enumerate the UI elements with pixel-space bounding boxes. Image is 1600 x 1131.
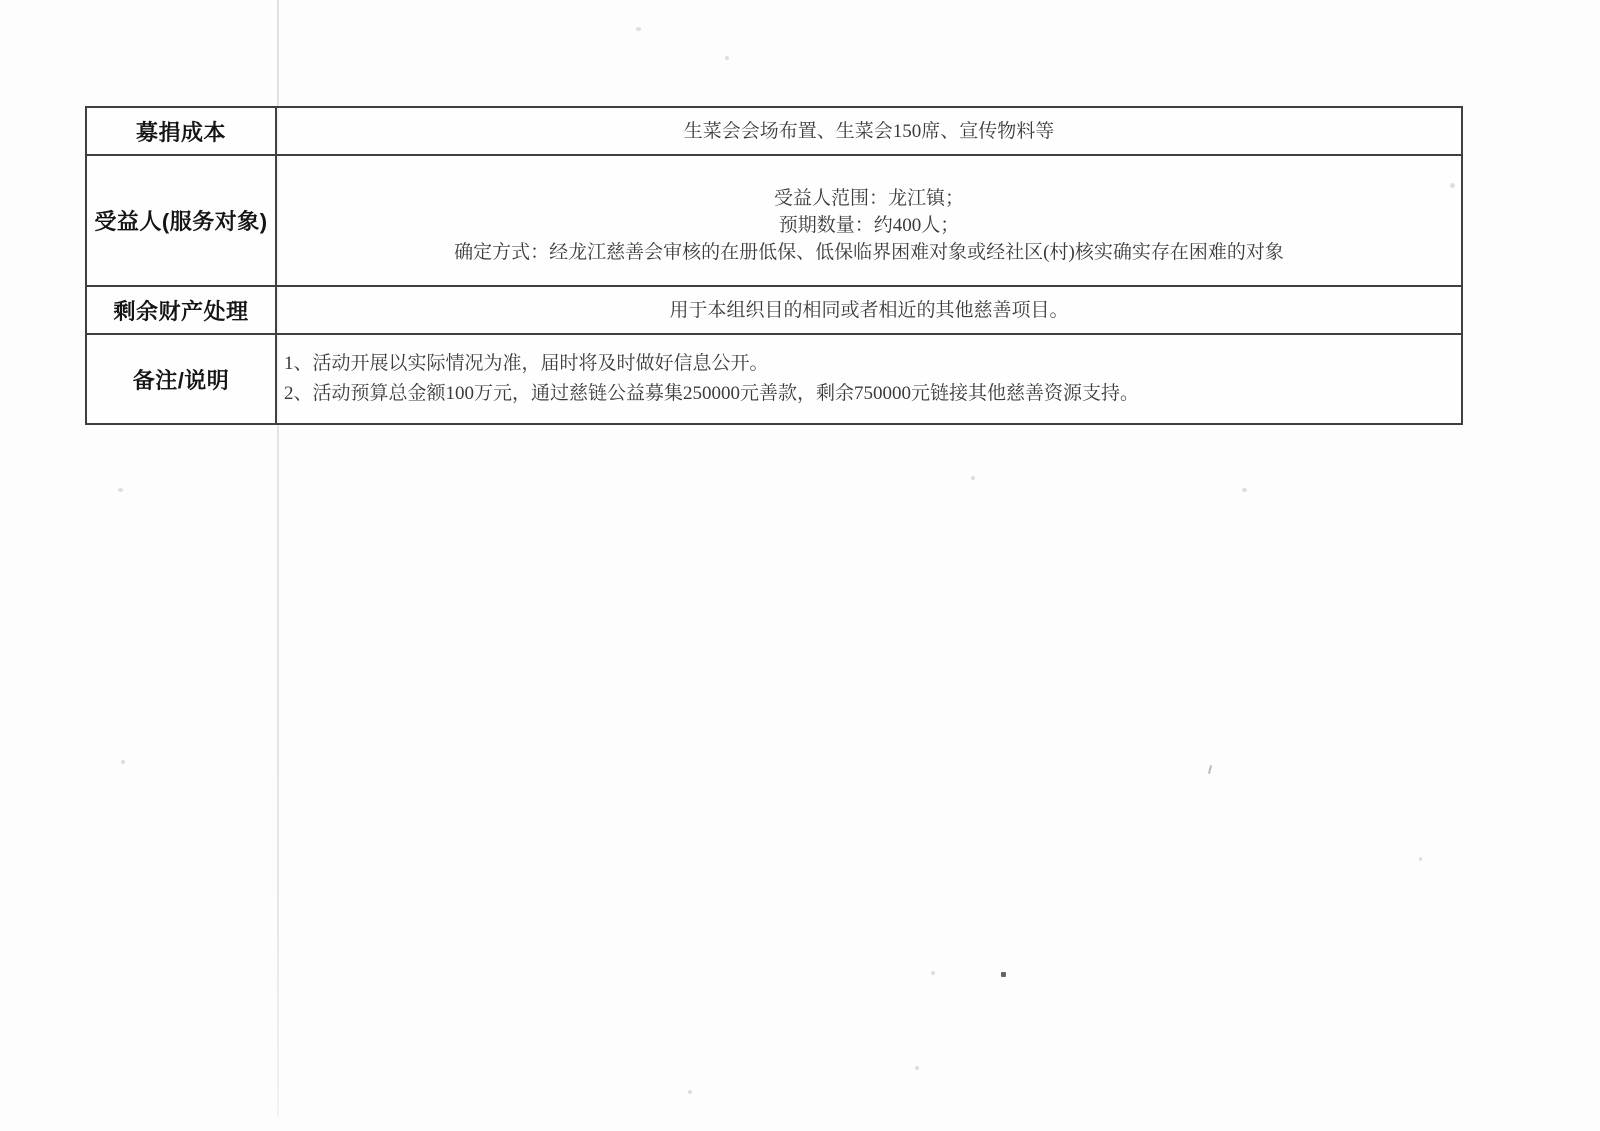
fundraising-details-table: 募捐成本 生菜会会场布置、生菜会150席、宣传物料等 受益人(服务对象) 受益人… (85, 106, 1463, 425)
scan-speckle (725, 56, 729, 60)
scan-speckle (931, 971, 935, 975)
scan-speckle (636, 27, 641, 31)
content-line: 受益人范围：龙江镇； (774, 185, 964, 212)
table-row-remarks: 备注/说明 1、活动开展以实际情况为准，届时将及时做好信息公开。 2、活动预算总… (87, 335, 1461, 423)
scan-speckle (1242, 488, 1247, 492)
remarks-content: 1、活动开展以实际情况为准，届时将及时做好信息公开。 2、活动预算总金额100万… (277, 335, 1461, 423)
table-row-beneficiaries: 受益人(服务对象) 受益人范围：龙江镇； 预期数量：约400人； 确定方式：经龙… (87, 156, 1461, 287)
content-line: 1、活动开展以实际情况为准，届时将及时做好信息公开。 (284, 349, 769, 379)
scan-speckle (1450, 183, 1455, 188)
fundraising-cost-content: 生菜会会场布置、生菜会150席、宣传物料等 (277, 108, 1461, 154)
scan-speckle (915, 1066, 919, 1070)
beneficiaries-content: 受益人范围：龙江镇； 预期数量：约400人； 确定方式：经龙江慈善会审核的在册低… (277, 156, 1461, 285)
scan-speckle (1419, 857, 1422, 861)
scan-speckle (688, 1090, 692, 1094)
scan-speckle (971, 476, 975, 480)
scan-speckle (118, 488, 123, 492)
table-row-fundraising-cost: 募捐成本 生菜会会场布置、生菜会150席、宣传物料等 (87, 108, 1461, 156)
scan-tick-mark (1208, 765, 1212, 774)
table-row-remaining-assets: 剩余财产处理 用于本组织目的相同或者相近的其他慈善项目。 (87, 287, 1461, 335)
content-line: 确定方式：经龙江慈善会审核的在册低保、低保临界困难对象或经社区(村)核实确实存在… (454, 239, 1284, 266)
row-label-beneficiaries: 受益人(服务对象) (87, 156, 277, 285)
remaining-assets-content: 用于本组织目的相同或者相近的其他慈善项目。 (277, 287, 1461, 333)
row-label-fundraising-cost: 募捐成本 (87, 108, 277, 154)
content-line: 2、活动预算总金额100万元，通过慈链公益募集250000元善款，剩余75000… (284, 379, 1139, 409)
scan-speckle (121, 760, 125, 764)
row-label-remaining-assets: 剩余财产处理 (87, 287, 277, 333)
content-line: 预期数量：约400人； (779, 212, 960, 239)
scan-speckle (1001, 972, 1006, 977)
row-label-remarks: 备注/说明 (87, 335, 277, 423)
content-line: 生菜会会场布置、生菜会150席、宣传物料等 (684, 118, 1055, 145)
scanned-document-page: 募捐成本 生菜会会场布置、生菜会150席、宣传物料等 受益人(服务对象) 受益人… (0, 0, 1600, 1131)
content-line: 用于本组织目的相同或者相近的其他慈善项目。 (669, 297, 1068, 324)
